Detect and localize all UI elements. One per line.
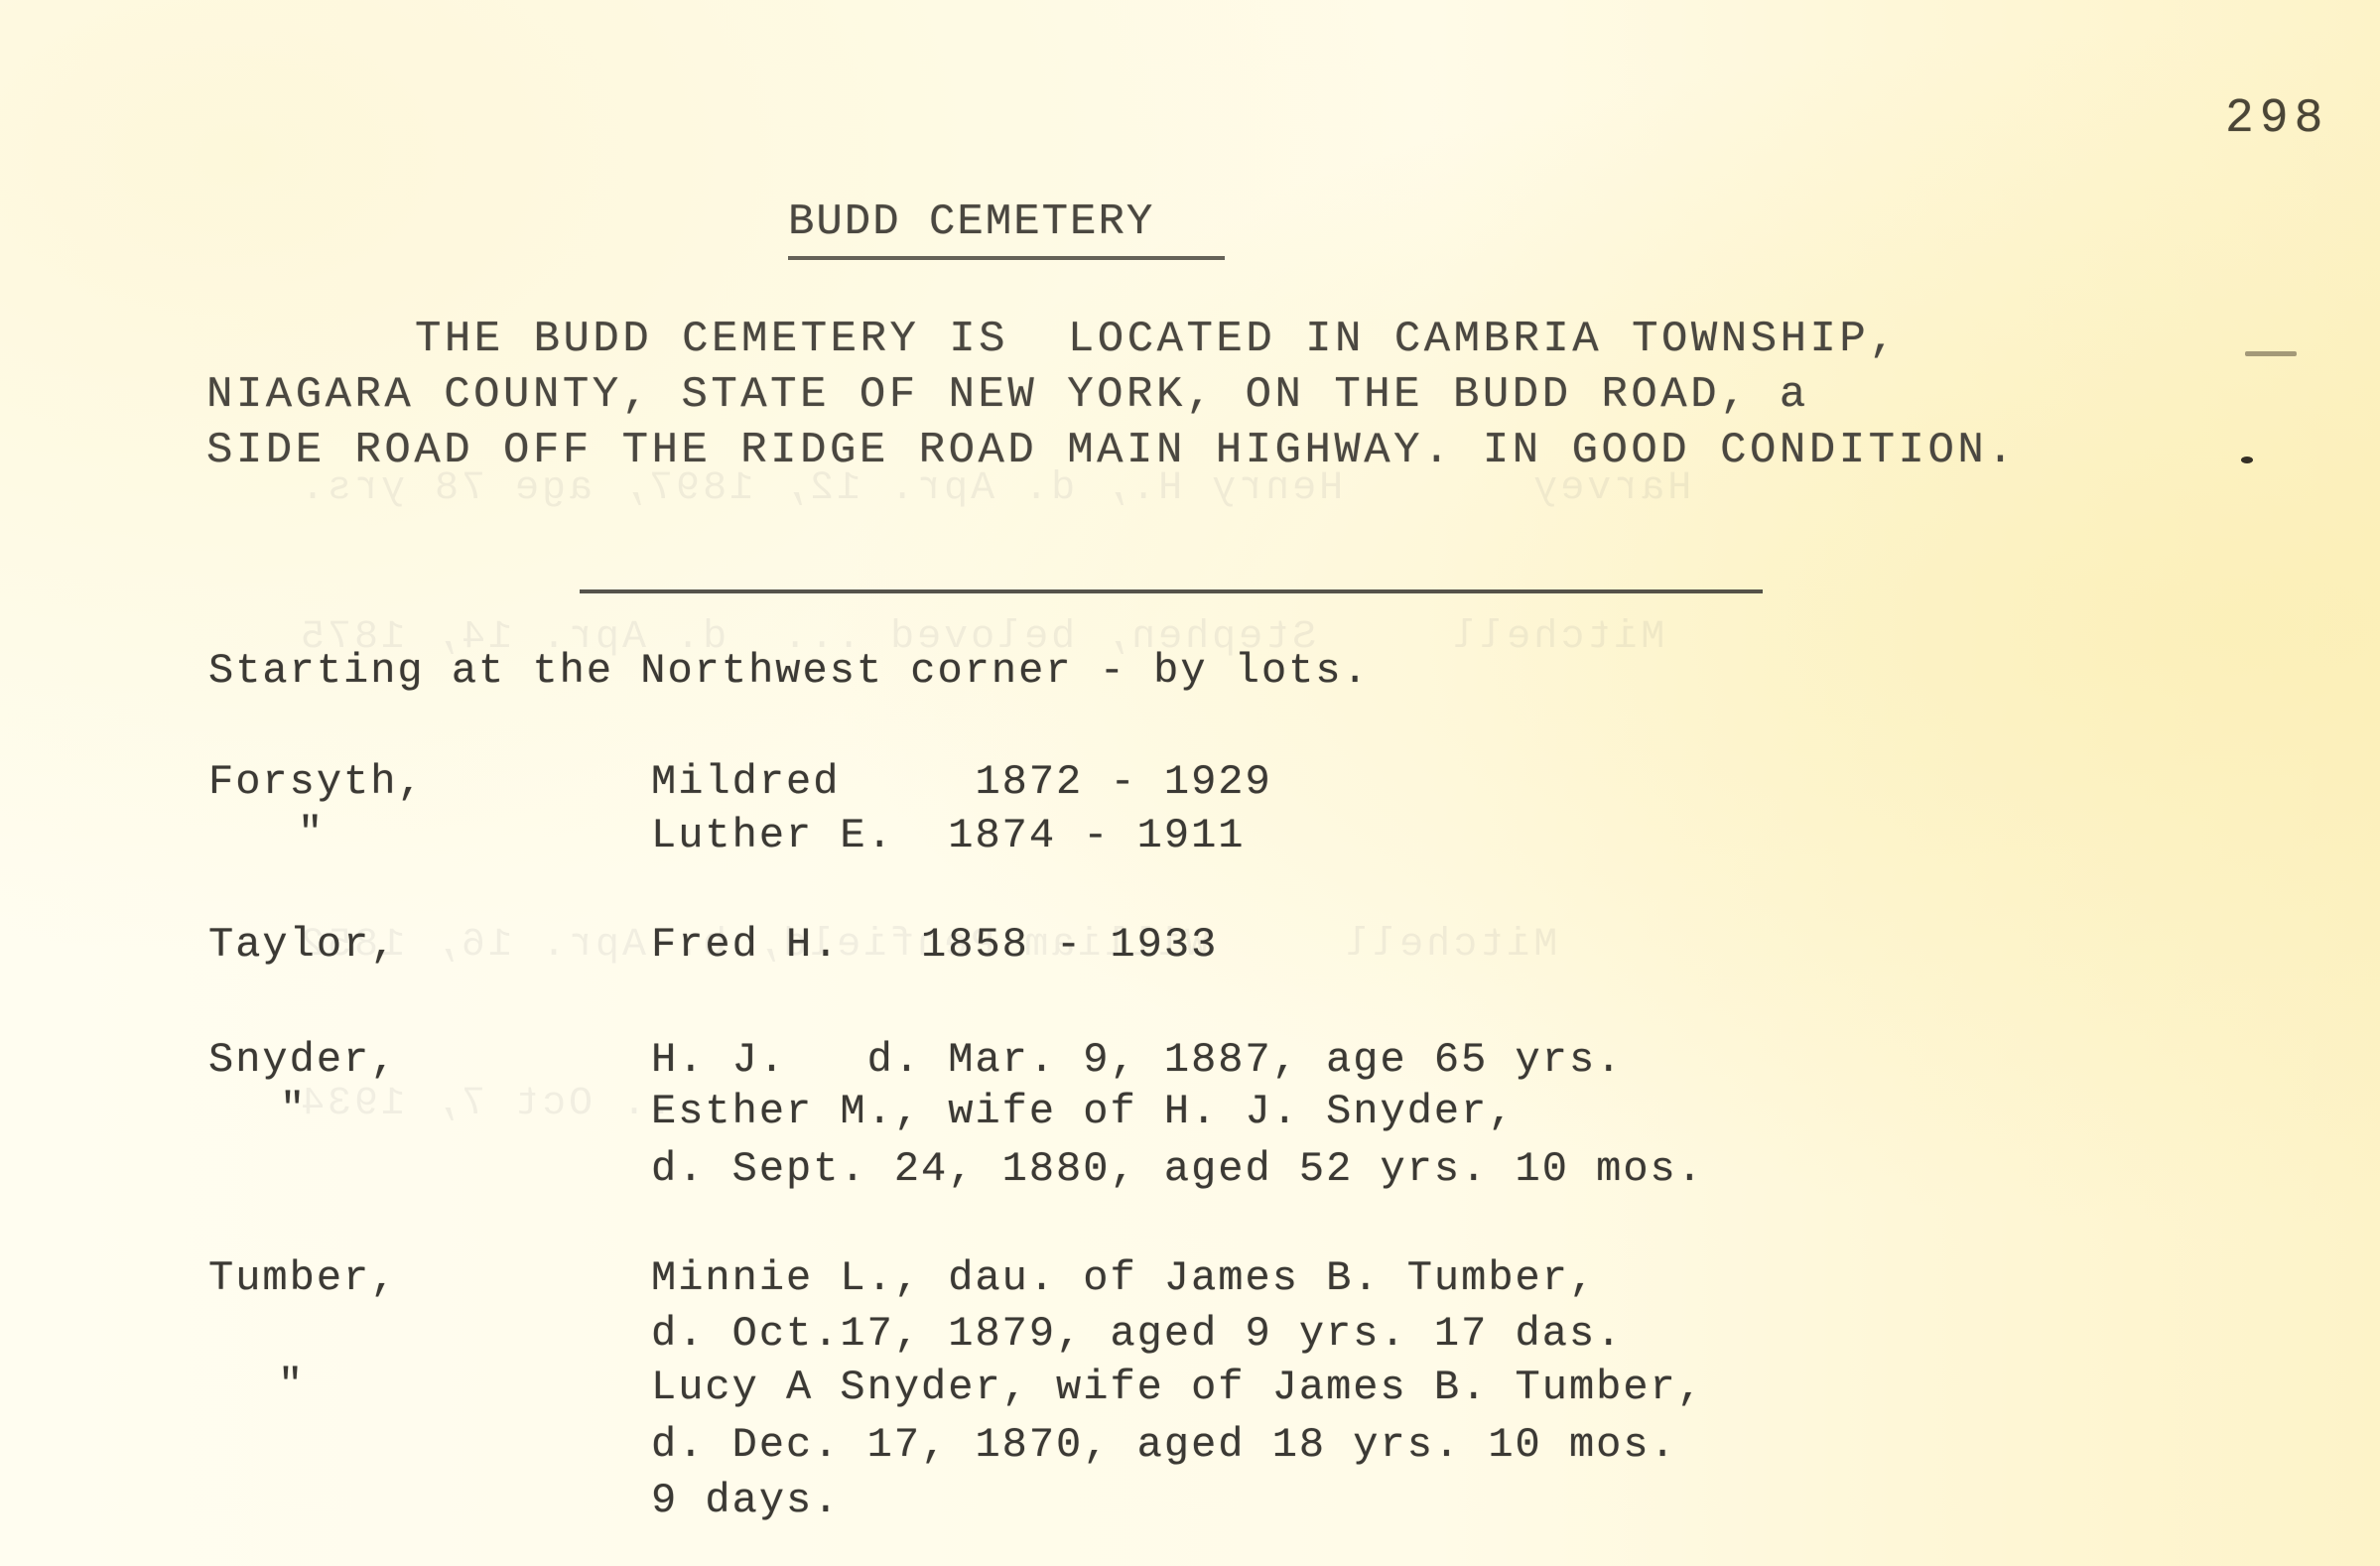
surname: Snyder, bbox=[208, 1032, 397, 1088]
document-page: Harvey Henry H., d. Apr. 12, 1897, age 7… bbox=[0, 0, 2380, 1566]
intro-line: SIDE ROAD OFF THE RIDGE ROAD MAIN HIGHWA… bbox=[206, 423, 2017, 478]
surname: Forsyth, bbox=[208, 754, 425, 810]
entry-line: Luther E. 1874 - 1911 bbox=[651, 808, 1246, 863]
entry-line: Esther M., wife of H. J. Snyder, bbox=[651, 1084, 1516, 1139]
entry-line: Minnie L., dau. of James B. Tumber, bbox=[651, 1250, 1596, 1306]
ditto-mark: " bbox=[278, 1358, 305, 1413]
ditto-mark: " bbox=[298, 806, 325, 861]
entry-line: 9 days. bbox=[651, 1473, 840, 1528]
ink-smudge bbox=[2245, 351, 2297, 356]
ink-dot bbox=[2241, 457, 2253, 463]
entry-line: d. Oct.17, 1879, aged 9 yrs. 17 das. bbox=[651, 1306, 1623, 1362]
ditto-mark: " bbox=[280, 1082, 307, 1137]
entry-line: Fred H. 1858 - 1933 bbox=[651, 917, 1218, 973]
intro-line: THE BUDD CEMETERY IS LOCATED IN CAMBRIA … bbox=[415, 312, 1899, 367]
entry-line: Mildred 1872 - 1929 bbox=[651, 754, 1272, 810]
title-underline bbox=[788, 256, 1225, 260]
surname: Taylor, bbox=[208, 917, 397, 973]
section-divider bbox=[580, 589, 1763, 593]
entry-line: d. Dec. 17, 1870, aged 18 yrs. 10 mos. bbox=[651, 1417, 1677, 1473]
entry-line: H. J. d. Mar. 9, 1887, age 65 yrs. bbox=[651, 1032, 1623, 1088]
page-title: BUDD CEMETERY bbox=[788, 195, 1154, 250]
start-note: Starting at the Northwest corner - by lo… bbox=[208, 643, 1370, 699]
intro-line: NIAGARA COUNTY, STATE OF NEW YORK, ON TH… bbox=[206, 367, 1809, 423]
surname: Tumber, bbox=[208, 1250, 397, 1306]
entry-line: d. Sept. 24, 1880, aged 52 yrs. 10 mos. bbox=[651, 1141, 1704, 1197]
entry-line: Lucy A Snyder, wife of James B. Tumber, bbox=[651, 1360, 1704, 1415]
page-number: 298 bbox=[2225, 91, 2328, 147]
